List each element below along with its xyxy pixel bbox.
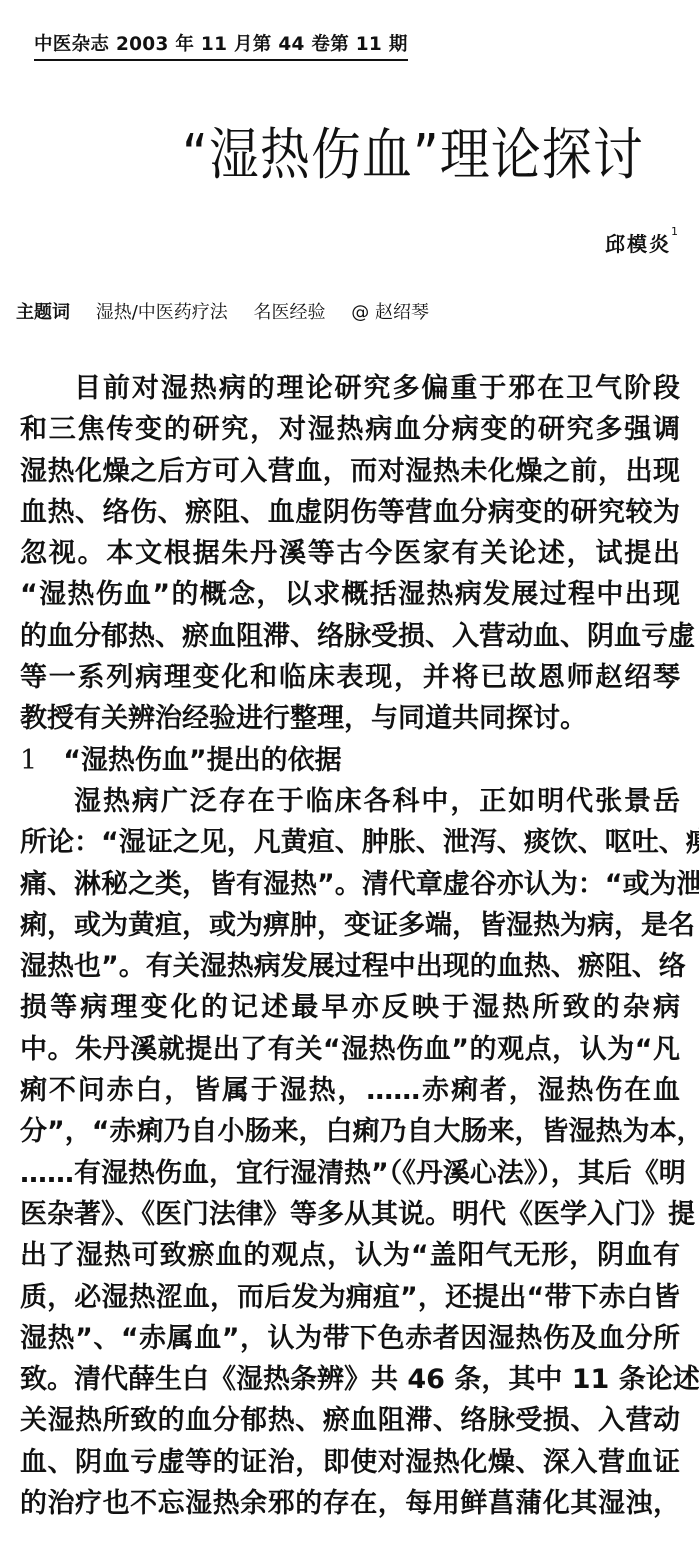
section-heading: 1“湿热伤血”提出的依据 [20,740,680,781]
text-line: 医杂著》、《医门法律》等多从其说。明代《医学入门》提 [20,1194,680,1235]
text-line: 和三焦传变的研究，对湿热病血分病变的研究多强调 [20,409,680,450]
article-title: “湿热伤血”理论探讨 [182,110,644,191]
text-line: 湿热化燥之后方可入营血，而对湿热未化燥之前，出现 [20,451,680,492]
text-line: 致。清代薛生白《湿热条辨》共 46 条，其中 11 条论述有 [20,1359,680,1400]
text-line: 血、阴血亏虚等的证治，即使对湿热化燥、深入营血证 [20,1442,680,1483]
text-line: 出了湿热可致瘀血的观点，认为“盖阳气无形，阴血有 [20,1235,680,1276]
text-line: 等一系列病理变化和临床表现，并将已故恩师赵绍琴 [20,657,680,698]
text-line: 的治疗也不忘湿热余邪的存在，每用鲜菖蒲化其湿浊， [20,1483,680,1524]
text-line: 痢，或为黄疸，或为痹肿，变证多端，皆湿热为病，是名 [20,905,680,946]
section-title: “湿热伤血”提出的依据 [63,745,342,776]
text-line: 分”，“赤痢乃自小肠来，白痢乃自大肠来，皆湿热为本， [20,1111,680,1152]
text-line: 质，必湿热涩血，而后发为痈疽”，还提出“带下赤白皆 [20,1277,680,1318]
keyword-item: @ 赵绍琴 [351,302,429,323]
text-line: 痢不问赤白，皆属于湿热，……赤痢者，湿热伤在血 [20,1070,680,1111]
section-number: 1 [20,745,37,776]
author-byline: 邱模炎1 [605,228,678,257]
author-affiliation-marker: 1 [671,225,678,238]
text-line: 教授有关辨治经验进行整理，与同道共同探讨。 [20,698,680,739]
text-line: ……有湿热伤血，宜行湿清热”（《丹溪心法》），其后《明 [20,1153,680,1194]
text-line: 的血分郁热、瘀血阻滞、络脉受损、入营动血、阴血亏虚 [20,616,680,657]
text-line: 血热、络伤、瘀阻、血虚阴伤等营血分病变的研究较为 [20,492,680,533]
text-line: 湿热”、“赤属血”，认为带下色赤者因湿热伤及血分所 [20,1318,680,1359]
article-body: 目前对湿热病的理论研究多偏重于邪在卫气阶段 和三焦传变的研究，对湿热病血分病变的… [20,368,680,1524]
text-line: 痛、淋秘之类，皆有湿热”。清代章虚谷亦认为：“或为泄 [20,864,680,905]
text-line: 所论：“湿证之见，凡黄疸、肿胀、泄泻、痰饮、呕吐、痹 [20,822,680,863]
keywords: 主题词 湿热/中医药疗法 名医经验 @ 赵绍琴 [16,298,449,324]
text-line: 目前对湿热病的理论研究多偏重于邪在卫气阶段 [20,368,680,409]
author-name: 邱模炎 [605,232,671,256]
paragraph-basis: 湿热病广泛存在于临床各科中，正如明代张景岳 所论：“湿证之见，凡黄疸、肿胀、泄泻… [20,781,680,1524]
text-line: 关湿热所致的血分郁热、瘀血阻滞、络脉受损、入营动 [20,1400,680,1441]
text-line: 忽视。本文根据朱丹溪等古今医家有关论述，试提出 [20,533,680,574]
paragraph-intro: 目前对湿热病的理论研究多偏重于邪在卫气阶段 和三焦传变的研究，对湿热病血分病变的… [20,368,680,740]
text-line: 损等病理变化的记述最早亦反映于湿热所致的杂病 [20,987,680,1028]
text-line: 湿热病广泛存在于临床各科中，正如明代张景岳 [20,781,680,822]
journal-header: 中医杂志 2003 年 11 月第 44 卷第 11 期 [34,30,408,61]
text-line: 湿热也”。有关湿热病发展过程中出现的血热、瘀阻、络 [20,946,680,987]
text-line: “湿热伤血”的概念，以求概括湿热病发展过程中出现 [20,574,680,615]
keyword-item: 湿热/中医药疗法 [96,302,228,323]
text-line: 中。朱丹溪就提出了有关“湿热伤血”的观点，认为“凡 [20,1029,680,1070]
keywords-label: 主题词 [16,302,70,323]
keyword-item: 名医经验 [254,302,326,323]
